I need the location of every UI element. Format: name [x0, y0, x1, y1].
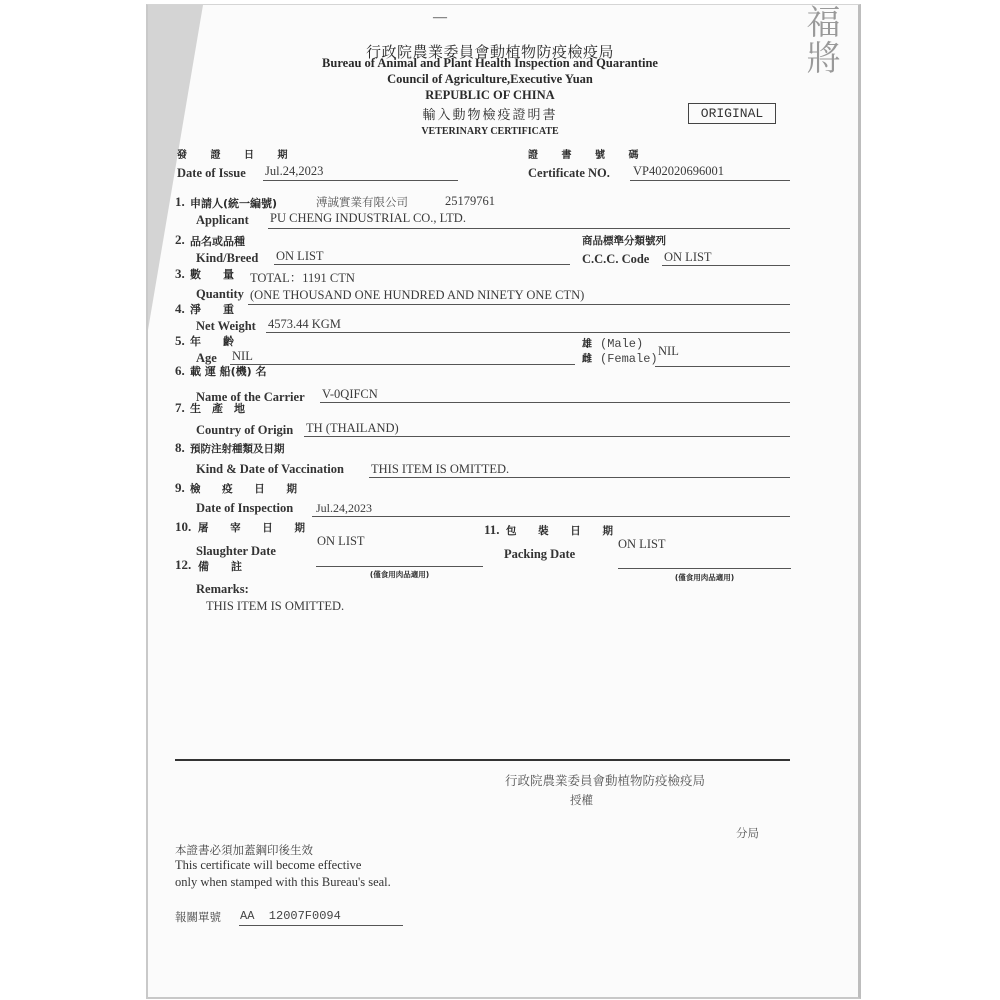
- field-number: 1.: [175, 194, 185, 210]
- net-weight-label-cn: 淨 重: [190, 301, 234, 317]
- field-number: 9.: [175, 480, 185, 496]
- field-number: 4.: [175, 301, 185, 317]
- field-number: 12.: [175, 557, 191, 573]
- customs-number: AA 12007F0094: [240, 909, 341, 923]
- applicant-id: 25179761: [445, 194, 495, 209]
- field-number: 6.: [175, 363, 185, 379]
- carrier-label-cn: 載 運 船(機) 名: [190, 363, 267, 379]
- net-weight-label: Net Weight: [196, 319, 256, 334]
- slaughter-value: ON LIST: [317, 534, 365, 549]
- age-value: NIL: [232, 349, 253, 364]
- original-stamp: ORIGINAL: [688, 103, 776, 124]
- remarks-label: Remarks:: [196, 582, 249, 597]
- applicant-label: Applicant: [196, 213, 249, 228]
- field-number: 11.: [484, 522, 500, 538]
- quantity-label-cn: 數 量: [190, 266, 234, 282]
- field-number: 2.: [175, 232, 185, 248]
- quantity-total: TOTAL：1191 CTN: [250, 268, 355, 286]
- field-number: 7.: [175, 400, 185, 416]
- issue-label-cn: 發 證 日 期: [177, 146, 297, 161]
- slaughter-label: Slaughter Date: [196, 544, 276, 559]
- origin-label-cn: 生 產 地: [190, 400, 245, 416]
- origin-label: Country of Origin: [196, 423, 293, 438]
- authorized-label: 授權: [570, 792, 593, 808]
- customs-label: 報關單號: [175, 909, 221, 925]
- male-label-cn: 雄: [582, 335, 592, 350]
- packing-label: Packing Date: [504, 547, 575, 562]
- inspection-value: Jul.24,2023: [316, 501, 372, 516]
- slaughter-label-cn: 屠 宰 日 期: [198, 520, 314, 535]
- field-number: 10.: [175, 519, 191, 535]
- remarks-value: THIS ITEM IS OMITTED.: [206, 599, 344, 614]
- agency-name-en: Bureau of Animal and Plant Health Inspec…: [290, 56, 690, 71]
- vaccination-label-cn: 預防注射種類及日期: [190, 441, 285, 456]
- origin-value: TH (THAILAND): [306, 421, 399, 436]
- doc-title-cn: 輸入動物檢疫證明書: [290, 104, 690, 123]
- net-weight-value: 4573.44 KGM: [268, 317, 341, 332]
- doc-title-en: VETERINARY CERTIFICATE: [290, 126, 690, 137]
- cert-number: VP402020696001: [633, 164, 724, 179]
- handwritten-note: 福將: [800, 4, 840, 76]
- field-number: 3.: [175, 266, 185, 282]
- branch-label: 分局: [736, 825, 759, 841]
- ccc-label: C.C.C. Code: [582, 252, 649, 267]
- notice-en-line2: only when stamped with this Bureau's sea…: [175, 875, 391, 890]
- kind-label: Kind/Breed: [196, 251, 258, 266]
- age-label-cn: 年 齡: [190, 333, 234, 349]
- notice-cn: 本證書必須加蓋鋼印後生效: [175, 842, 313, 858]
- male-label: (Male): [600, 337, 643, 351]
- council-name: Council of Agriculture,Executive Yuan: [290, 72, 690, 87]
- header-dash: —: [420, 10, 460, 26]
- issue-date: Jul.24,2023: [265, 164, 323, 179]
- packing-value: ON LIST: [618, 537, 666, 552]
- inspection-label: Date of Inspection: [196, 501, 293, 516]
- ccc-label-cn: 商品標準分類號列: [582, 233, 666, 248]
- packing-note: (僅食用肉品適用): [618, 572, 791, 583]
- slaughter-note: (僅食用肉品適用): [316, 569, 483, 580]
- female-label-cn: 雌: [582, 350, 592, 365]
- cert-label-cn: 證 書 號 碼: [528, 146, 648, 161]
- vaccination-value: THIS ITEM IS OMITTED.: [371, 462, 509, 477]
- packing-label-cn: 包 裝 日 期: [506, 523, 622, 538]
- female-label: (Female): [600, 352, 658, 366]
- kind-value: ON LIST: [276, 249, 324, 264]
- country-name: REPUBLIC OF CHINA: [290, 88, 690, 103]
- vaccination-label: Kind & Date of Vaccination: [196, 462, 344, 477]
- remarks-label-cn: 備 註: [198, 558, 242, 574]
- field-number: 8.: [175, 440, 185, 456]
- carrier-value: V-0QIFCN: [322, 387, 378, 402]
- sex-value: NIL: [658, 344, 679, 359]
- notice-en-line1: This certificate will become effective: [175, 858, 361, 873]
- cert-label: Certificate NO.: [528, 166, 610, 181]
- quantity-value: (ONE THOUSAND ONE HUNDRED AND NINETY ONE…: [250, 288, 584, 303]
- kind-label-cn: 品名或品種: [190, 233, 245, 249]
- quantity-label: Quantity: [196, 287, 244, 302]
- authority-name-cn: 行政院農業委員會動植物防疫檢疫局: [505, 771, 705, 789]
- issue-label: Date of Issue: [177, 166, 246, 181]
- applicant-label-cn: 申請人(統一編號): [190, 195, 277, 211]
- applicant-name-cn: 溥誠實業有限公司: [316, 194, 408, 210]
- inspection-label-cn: 檢 疫 日 期: [190, 481, 306, 496]
- applicant-value: PU CHENG INDUSTRIAL CO., LTD.: [270, 211, 466, 226]
- field-number: 5.: [175, 333, 185, 349]
- ccc-value: ON LIST: [664, 250, 712, 265]
